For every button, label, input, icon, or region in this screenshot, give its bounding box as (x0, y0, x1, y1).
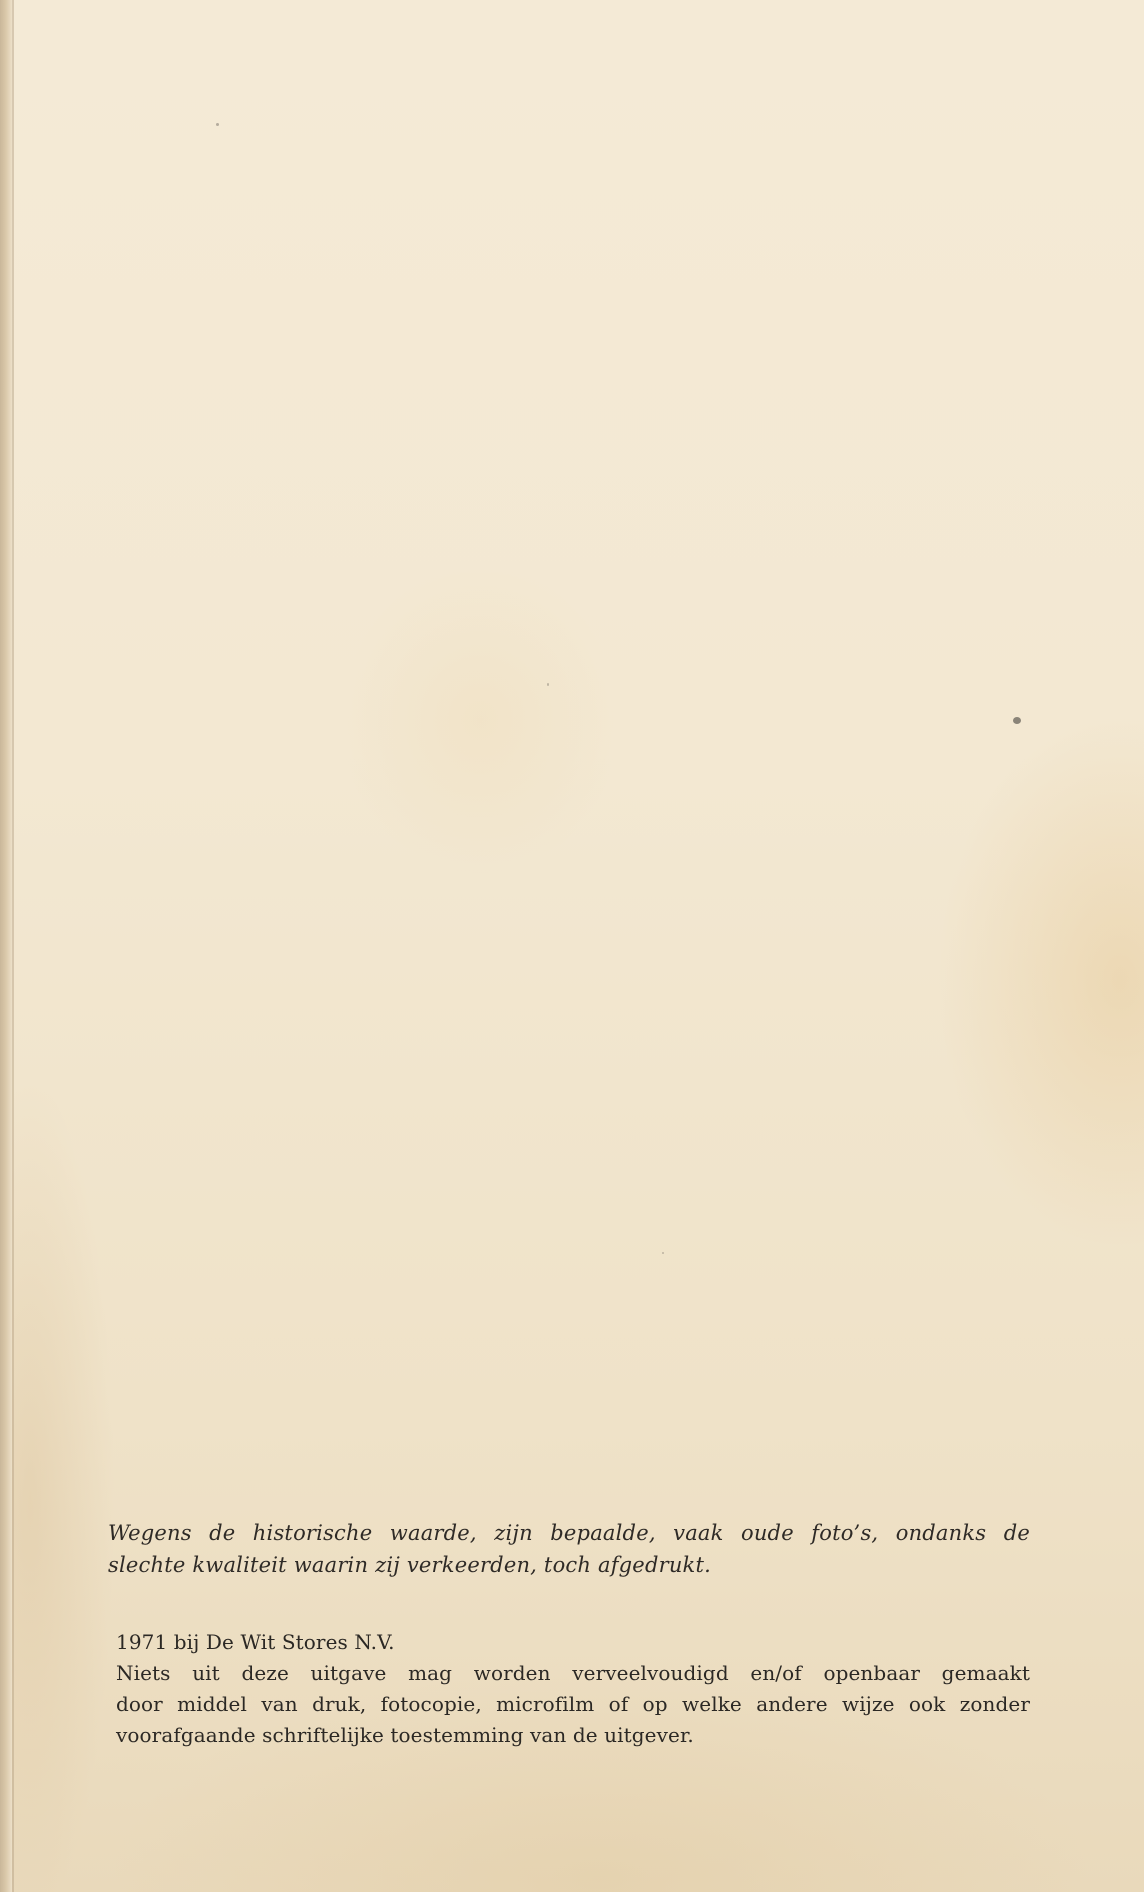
publisher-line: 1971 bij De Wit Stores N.V. (116, 1627, 1030, 1658)
notice-line-1: Wegens de historische waarde, zijn bepaa… (108, 1517, 1030, 1549)
ink-speck (547, 683, 549, 686)
rights-line-1: Niets uit deze uitgave mag worden vervee… (116, 1658, 1030, 1689)
scanned-book-page: Wegens de historische waarde, zijn bepaa… (0, 0, 1144, 1892)
notice-line-2: slechte kwaliteit waarin zij verkeerden,… (108, 1549, 1030, 1581)
copyright-colophon: 1971 bij De Wit Stores N.V. Niets uit de… (116, 1627, 1030, 1751)
rights-line-2: door middel van druk, fotocopie, microfi… (116, 1689, 1030, 1720)
photo-quality-notice: Wegens de historische waarde, zijn bepaa… (108, 1517, 1030, 1581)
ink-speck (662, 1252, 664, 1254)
rights-line-3: voorafgaande schriftelijke toestemming v… (116, 1720, 1030, 1751)
page-gutter-line (12, 0, 14, 1892)
ink-speck (216, 123, 219, 126)
ink-speck (1013, 717, 1021, 724)
page-spine-edge (0, 0, 12, 1892)
